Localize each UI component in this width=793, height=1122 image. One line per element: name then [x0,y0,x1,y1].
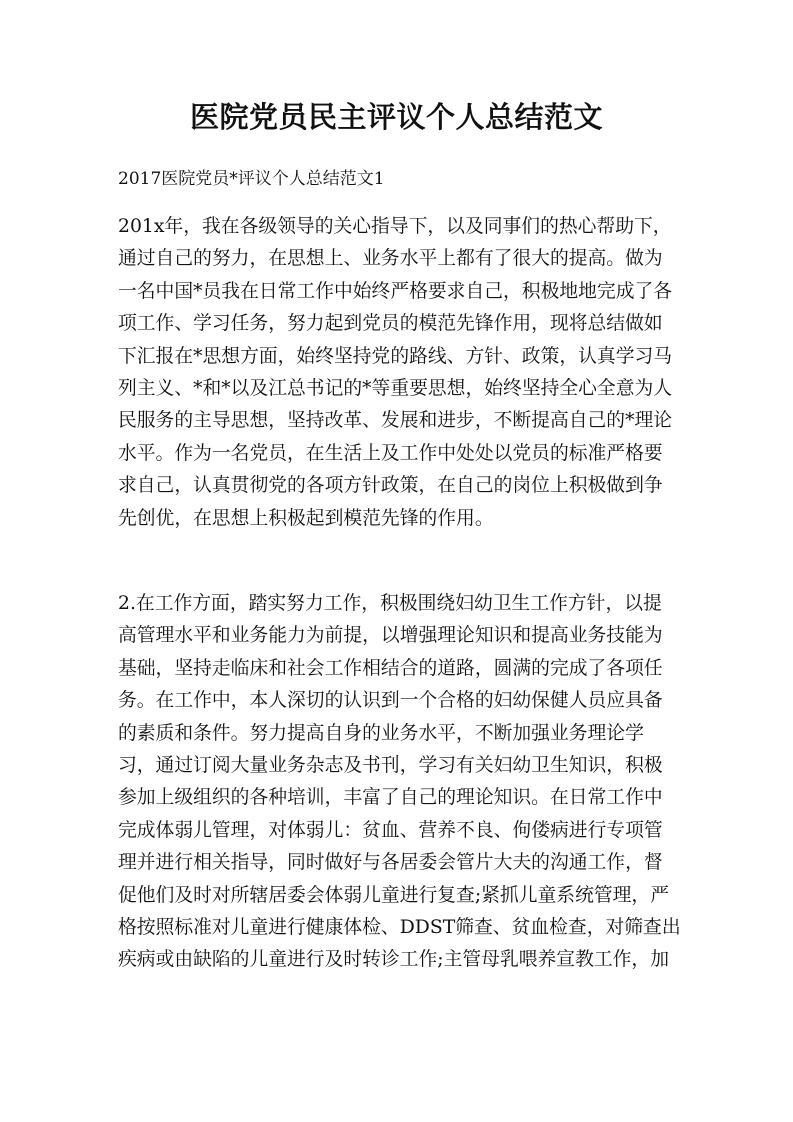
document-page: 医院党员民主评议个人总结范文 2017医院党员*评议个人总结范文1 201x年，… [0,0,793,1122]
text-line: 201x年，我在各级领导的关心指导下，以及同事们的热心帮助下， [118,211,678,243]
text-line: 项工作、学习任务，努力起到党员的模范先锋作用，现将总结做如 [118,308,678,340]
text-line: 求自己，认真贯彻党的各项方针政策，在自己的岗位上积极做到争 [118,470,678,502]
paragraph-work: 2.在工作方面，踏实努力工作，积极围绕妇幼卫生工作方针，以提 高管理水平和业务能… [118,588,678,977]
document-title: 医院党员民主评议个人总结范文 [0,97,793,137]
text-line: 水平。作为一名党员，在生活上及工作中处处以党员的标准严格要 [118,438,678,470]
text-line: 下汇报在*思想方面，始终坚持党的路线、方针、政策，认真学习马 [118,341,678,373]
text-line: 习，通过订阅大量业务杂志及书刊，学习有关妇幼卫生知识，积极 [118,750,678,782]
text-line: 列主义、*和*以及江总书记的*等重要思想，始终坚持全心全意为人 [118,373,678,405]
text-line: 民服务的主导思想，坚持改革、发展和进步，不断提高自己的*理论 [118,405,678,437]
text-line: 通过自己的努力，在思想上、业务水平上都有了很大的提高。做为 [118,243,678,275]
text-line: 先创优，在思想上积极起到模范先锋的作用。 [118,503,678,535]
text-line: 格按照标准对儿童进行健康体检、DDST筛查、贫血检查，对筛查出 [118,912,678,944]
text-line: 完成体弱儿管理，对体弱儿：贫血、营养不良、佝偻病进行专项管 [118,815,678,847]
text-line: 疾病或由缺陷的儿童进行及时转诊工作;主管母乳喂养宣教工作，加 [118,944,678,976]
text-line: 基础，坚持走临床和社会工作相结合的道路，圆满的完成了各项任 [118,653,678,685]
text-line: 理并进行相关指导，同时做好与各居委会管片大夫的沟通工作，督 [118,847,678,879]
text-line: 一名中国*员我在日常工作中始终严格要求自己，积极地地完成了各 [118,276,678,308]
text-line: 2.在工作方面，踏实努力工作，积极围绕妇幼卫生工作方针，以提 [118,588,678,620]
text-line: 促他们及时对所辖居委会体弱儿童进行复查;紧抓儿童系统管理，严 [118,880,678,912]
text-line: 务。在工作中，本人深切的认识到一个合格的妇幼保健人员应具备 [118,685,678,717]
paragraph-ideology: 201x年，我在各级领导的关心指导下，以及同事们的热心帮助下， 通过自己的努力，… [118,211,678,535]
text-line: 参加上级组织的各种培训，丰富了自己的理论知识。在日常工作中 [118,782,678,814]
text-line: 的素质和条件。努力提高自身的业务水平，不断加强业务理论学 [118,718,678,750]
document-subtitle: 2017医院党员*评议个人总结范文1 [118,166,385,192]
text-line: 高管理水平和业务能力为前提，以增强理论知识和提高业务技能为 [118,620,678,652]
